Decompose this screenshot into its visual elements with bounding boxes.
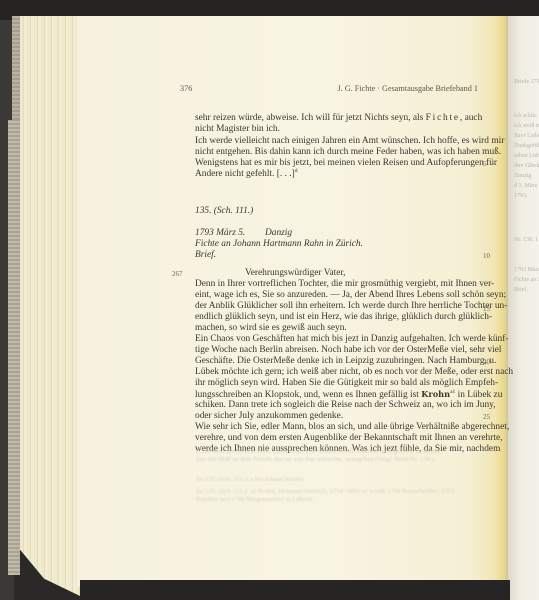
letter-line: eint, wage ich es, Sie so anzureden. — J… (195, 290, 476, 301)
page-number: 376 (180, 84, 192, 93)
letter-place: Danzig (265, 228, 292, 239)
line-number: 10 (483, 252, 490, 260)
bleed-through-text: Zu 135. (Sch. 111.): a bei Johann Krome (196, 476, 303, 484)
letter-line: der Anblik Glüklicher soll ihn erheitern… (195, 301, 476, 312)
line-number: 20 (483, 358, 490, 366)
letter-line: Denn in Ihrer vortreflichen Tochter, die… (195, 279, 476, 290)
text-line: sehr reizen würde, abweise. Ich will für… (195, 113, 476, 124)
letter-line: Geschäfte. Die OsterMeße denke ich in Le… (195, 356, 476, 367)
text-line: nicht entgehen. Bis dahin kann ich durch… (195, 147, 476, 158)
bleed-through-text: ihm das Maß zu dem Porträt, das sie von … (196, 456, 435, 464)
salutation: Verehrungswürdiger Vater, (245, 268, 345, 279)
letter-line: oder sicher July anzukommen gedenke. (195, 411, 476, 422)
fraktur-name: Krohn (421, 389, 450, 399)
letter-date: 1793 März 5. (195, 228, 245, 239)
letter-line: Ein Chaos von Geschäften hat mich bis je… (195, 334, 476, 345)
text-line: Ich werde vielleicht nach einigen Jahren… (195, 136, 476, 147)
text-line: Wenigstens hat es mir bis jetzt, bei mei… (195, 158, 476, 169)
letter-line: Lübek möchte ich gern; ich weiß aber nic… (195, 367, 476, 378)
letter-line: ihr möglich seyn wird. Haben Sie die Güt… (195, 378, 476, 389)
spaced-name: Fichte (426, 113, 460, 123)
page-content: 376 J. G. Fichte · Gesamtausgabe Briefeb… (0, 0, 539, 600)
bleed-through-text: d Der Rest des Briefes fehlt. Fichte sch… (196, 448, 441, 456)
letter-correspondents: Fichte an Johann Hartmann Rahn in Zürich… (195, 239, 363, 250)
running-title: J. G. Fichte · Gesamtausgabe Briefeband … (337, 84, 478, 93)
letter-type: Brief. (195, 250, 216, 261)
letter-number: 135. (Sch. 111.) (195, 206, 476, 217)
footnote-marker: d (295, 168, 298, 174)
letter-line: tige Woche nach Berlin abreisen. Noch ha… (195, 345, 476, 356)
bleed-through-text: Ratsherr und 1786 Bürgermeister in Lübec… (196, 496, 314, 504)
line-number: 5 (483, 160, 487, 168)
letter-line: Wie sehr ich Sie, edler Mann, blos an si… (195, 422, 476, 433)
bleed-through-text: Zu 135. (Sch. 111.): a1 Krohn, Hermann D… (196, 488, 454, 496)
text-line: Andere nicht gefehlt. [. . .]d (195, 169, 476, 180)
letter-line: endlich glüklich seyn, und ist ein Herz,… (195, 312, 476, 323)
letter-line: schiken. Dann trete ich sogleich die Rei… (195, 400, 476, 411)
original-page-ref: 267 (172, 270, 183, 278)
line-number: 25 (483, 413, 490, 421)
letter-line: verehre, und von dem ersten Augenblike d… (195, 433, 476, 444)
letter-line: machen, so wird sie es gewiß auch seyn. (195, 323, 476, 334)
text-line: nicht Magister bin ich. (195, 124, 476, 135)
line-number: 15 (483, 305, 490, 313)
